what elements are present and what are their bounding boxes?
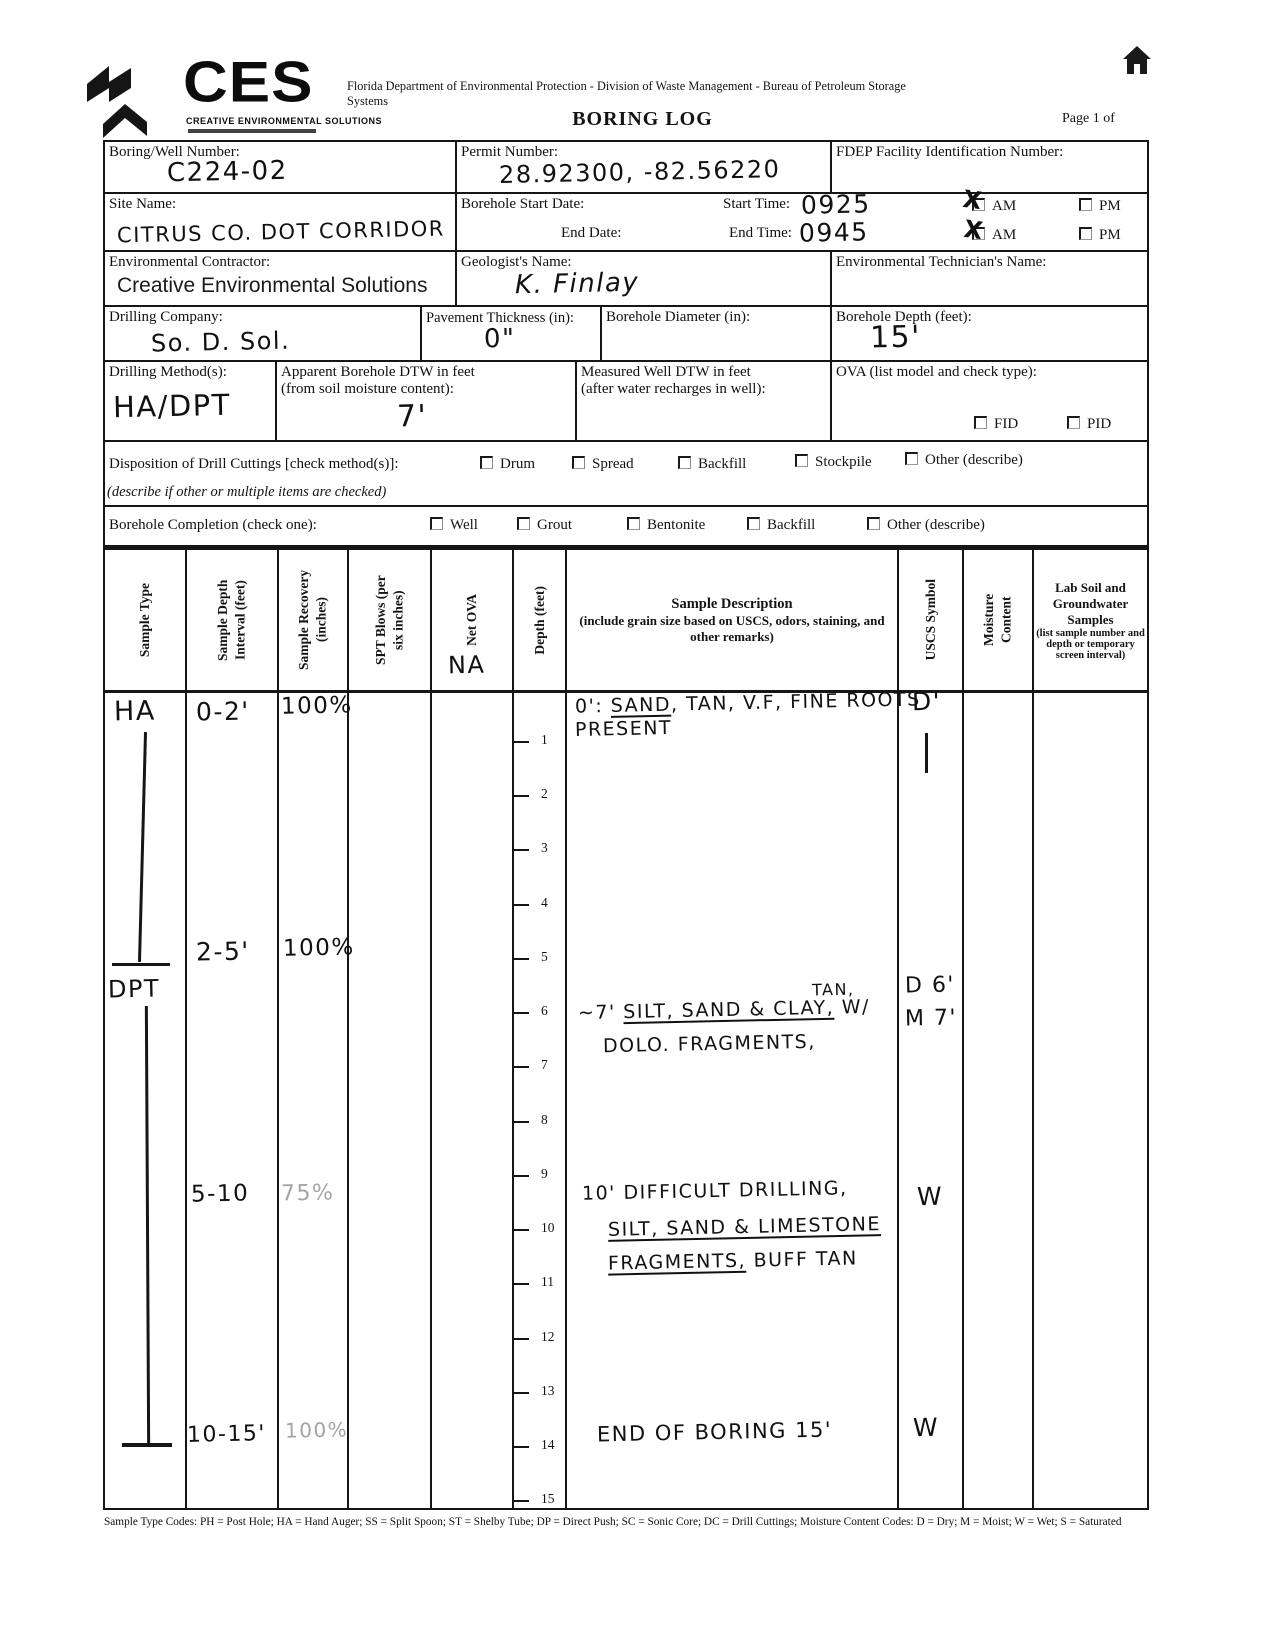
body-col-depth-scale: 1 2 3 4 5 6 7 8 9 10 11 12 13 14 15 [514,693,567,1509]
apparent-dtw-label: Apparent Borehole DTW in feet (from soil… [277,362,575,401]
body-col-spt-blows [349,693,432,1509]
field-drilling-methods: Drilling Method(s): HA/DPT [105,362,277,442]
body-col-description [567,693,899,1509]
column-header-description: Sample Description (include grain size b… [567,550,899,693]
ces-logo-acronym: CES [183,50,313,115]
geologist-name-value: K. Finlay [515,269,640,301]
depth-tick: 7 [514,1057,565,1073]
checkbox-icon [974,416,987,429]
description-2-line-2: DOLO. FRAGMENTS, [603,1032,816,1058]
field-boring-well-number: Boring/Well Number: C224-02 [105,142,457,194]
depth-tick: 15 [514,1491,565,1507]
completion-grout-checkbox: Grout [517,517,572,534]
drilling-company-label: Drilling Company: [105,307,420,328]
start-time-label: Start Time: [719,194,794,215]
net-ova-value: NA [448,652,486,680]
field-permit-number: Permit Number: 28.92300, -82.56220 [457,142,832,194]
disposition-other-checkbox: Other (describe) [905,452,1023,469]
tick-mark [514,1500,529,1502]
apparent-dtw-value: 7' [397,400,428,435]
site-name-value: CITRUS CO. DOT CORRIDOR [117,217,445,248]
environmental-technician-label: Environmental Technician's Name: [832,252,1147,273]
field-disposition: Disposition of Drill Cuttings [check met… [105,442,1147,507]
disposition-label: Disposition of Drill Cuttings [check met… [105,454,403,475]
completion-well-checkbox: Well [430,517,478,534]
end-date-label: End Date: [557,223,625,244]
completion-backfill-checkbox: Backfill [747,517,815,534]
column-header-spt-blows: SPT Blows (per six inches) [349,550,432,693]
tick-mark [514,741,529,743]
start-pm-checkbox: PM [1079,198,1121,215]
borehole-start-date-label: Borehole Start Date: [457,194,588,215]
uscs-note-2: D 6' [905,972,956,998]
column-header-sample-type: Sample Type [105,550,187,693]
permit-number-value: 28.92300, -82.56220 [499,156,781,189]
body-col-lab-samples [1034,693,1147,1509]
uscs-note-1: D' [912,688,942,717]
depth-tick: 1 [514,732,565,748]
field-completion: Borehole Completion (check one): Well Gr… [105,507,1147,549]
agency-line: Florida Department of Environmental Prot… [347,79,947,109]
column-header-recovery: Sample Recovery (inches) [279,550,349,693]
body-col-recovery [279,693,349,1509]
depth-tick: 10 [514,1220,565,1236]
tick-mark [514,1338,529,1340]
pavement-thickness-value: 0" [484,325,516,356]
geologist-name-label: Geologist's Name: [457,252,830,273]
depth-tick: 3 [514,840,565,856]
tick-mark [514,795,529,797]
tick-mark [514,849,529,851]
checkbox-icon [480,456,493,469]
sample-type-dpt: DPT [108,975,161,1004]
recovery-value-4: 100% [285,1418,349,1442]
environmental-contractor-value: Creative Environmental Solutions [117,274,428,298]
column-header-depth-interval: Sample Depth Interval (feet) [187,550,279,693]
field-fdep-id: FDEP Facility Identification Number: [832,142,1147,194]
tick-mark [514,1392,529,1394]
description-4-line-1: END OF BORING 15' [597,1418,833,1447]
checkbox-icon [627,517,640,530]
fdep-id-label: FDEP Facility Identification Number: [832,142,1147,163]
tick-mark [514,1175,529,1177]
tick-mark [514,1229,529,1231]
field-apparent-dtw: Apparent Borehole DTW in feet (from soil… [277,362,577,442]
checkbox-icon [905,452,918,465]
logo-tagline-bar [188,129,316,133]
disposition-backfill-checkbox: Backfill [678,456,746,473]
checkbox-icon [572,456,585,469]
checkbox-icon [867,517,880,530]
checkbox-icon [517,517,530,530]
column-header-uscs: USCS Symbol [899,550,964,693]
uscs-note-3: M 7' [905,1005,958,1031]
sample-type-ha: HA [114,696,156,728]
tick-mark [514,1283,529,1285]
tick-mark [514,1066,529,1068]
body-col-uscs [899,693,964,1509]
sample-interval-bar [122,1443,172,1447]
depth-tick: 13 [514,1383,565,1399]
interval-value-2: 2-5' [196,937,250,967]
borehole-diameter-label: Borehole Diameter (in): [602,307,830,328]
ova-fid-checkbox: FID [974,416,1018,433]
field-borehole-diameter: Borehole Diameter (in): [602,307,832,362]
start-time-value: 0925 [801,190,871,220]
field-dates-times: Borehole Start Date: Start Time: 0925 AM… [457,194,1147,252]
uscs-note-5: W [913,1414,940,1443]
disposition-drum-checkbox: Drum [480,456,535,473]
end-pm-checkbox: PM [1079,227,1121,244]
disposition-spread-checkbox: Spread [572,456,634,473]
interval-value-1: 0-2' [196,697,250,727]
boring-well-number-value: C224-02 [167,157,288,189]
field-environmental-technician: Environmental Technician's Name: [832,252,1147,307]
field-measured-dtw: Measured Well DTW in feet (after water r… [577,362,832,442]
measured-dtw-label: Measured Well DTW in feet (after water r… [577,362,830,401]
depth-tick: 6 [514,1003,565,1019]
depth-tick: 4 [514,895,565,911]
body-col-net-ova [432,693,514,1509]
end-time-value: 0945 [799,218,869,248]
field-drilling-company: Drilling Company: So. D. Sol. [105,307,422,362]
depth-tick: 14 [514,1437,565,1453]
page-title: BORING LOG [455,108,830,131]
interval-value-3: 5-10 [191,1180,250,1208]
checkbox-icon [747,517,760,530]
field-geologist-name: Geologist's Name: K. Finlay [457,252,832,307]
ova-label: OVA (list model and check type): [832,362,1147,383]
completion-other-checkbox: Other (describe) [867,517,985,534]
drilling-company-value: So. D. Sol. [151,328,291,359]
field-environmental-contractor: Environmental Contractor: Creative Envir… [105,252,457,307]
depth-tick: 12 [514,1329,565,1345]
ces-logo-mark [85,62,180,140]
tick-mark [514,1446,529,1448]
column-header-depth: Depth (feet) [514,550,567,693]
drilling-methods-value: HA/DPT [113,389,232,425]
home-icon[interactable] [1122,45,1152,75]
column-header-net-ova: Net OVA NA [432,550,514,693]
recovery-value-3: 75% [281,1180,335,1206]
field-ova: OVA (list model and check type): FID PID [832,362,1147,442]
borehole-depth-value: 15' [870,320,922,356]
ces-logo-name: CREATIVE ENVIRONMENTAL SOLUTIONS [186,116,382,126]
completion-bentonite-checkbox: Bentonite [627,517,705,534]
checkbox-icon [1079,227,1092,240]
checkbox-icon [1079,198,1092,211]
checkbox-icon [795,454,808,467]
boring-log-page: CES CREATIVE ENVIRONMENTAL SOLUTIONS Flo… [0,0,1275,1650]
interval-value-4: 10-15' [187,1421,266,1448]
sample-type-codes-legend: Sample Type Codes: PH = Post Hole; HA = … [104,1516,1174,1528]
column-header-moisture: Moisture Content [964,550,1034,693]
environmental-contractor-label: Environmental Contractor: [105,252,455,273]
sample-interval-bar [112,963,170,966]
tick-mark [514,958,529,960]
depth-tick: 11 [514,1274,565,1290]
depth-tick: 5 [514,949,565,965]
completion-label: Borehole Completion (check one): [105,515,321,536]
field-site-name: Site Name: CITRUS CO. DOT CORRIDOR [105,194,457,252]
tick-mark [514,1121,529,1123]
sample-log-table: Sample Type Sample Depth Interval (feet)… [103,547,1149,1510]
recovery-value-2: 100% [283,934,355,962]
recovery-value-1: 100% [281,692,353,720]
tick-mark [514,904,529,906]
disposition-stockpile-checkbox: Stockpile [795,454,872,471]
form-section: Boring/Well Number: C224-02 Permit Numbe… [103,140,1149,547]
column-header-lab-samples: Lab Soil and Groundwater Samples (list s… [1034,550,1147,693]
uscs-note-4: W [917,1183,944,1212]
end-time-label: End Time: [725,223,796,244]
body-col-moisture [964,693,1034,1509]
site-name-label: Site Name: [105,194,455,215]
end-am-check-mark: X [962,215,984,245]
depth-tick: 2 [514,786,565,802]
tick-mark [514,1012,529,1014]
page-number-label: Page 1 of [1062,111,1115,127]
description-1-line-2: PRESENT [575,718,672,742]
ova-pid-checkbox: PID [1067,416,1111,433]
checkbox-icon [678,456,691,469]
drilling-methods-label: Drilling Method(s): [105,362,275,383]
depth-tick: 9 [514,1166,565,1182]
checkbox-icon [430,517,443,530]
field-borehole-depth: Borehole Depth (feet): 15' [832,307,1147,362]
start-am-check-mark: X [961,185,983,215]
body-col-depth-interval [187,693,279,1509]
disposition-note: (describe if other or multiple items are… [107,484,386,501]
field-pavement-thickness: Pavement Thickness (in): 0" [422,307,602,362]
uscs-note-stroke [925,733,928,773]
depth-tick: 8 [514,1112,565,1128]
checkbox-icon [1067,416,1080,429]
